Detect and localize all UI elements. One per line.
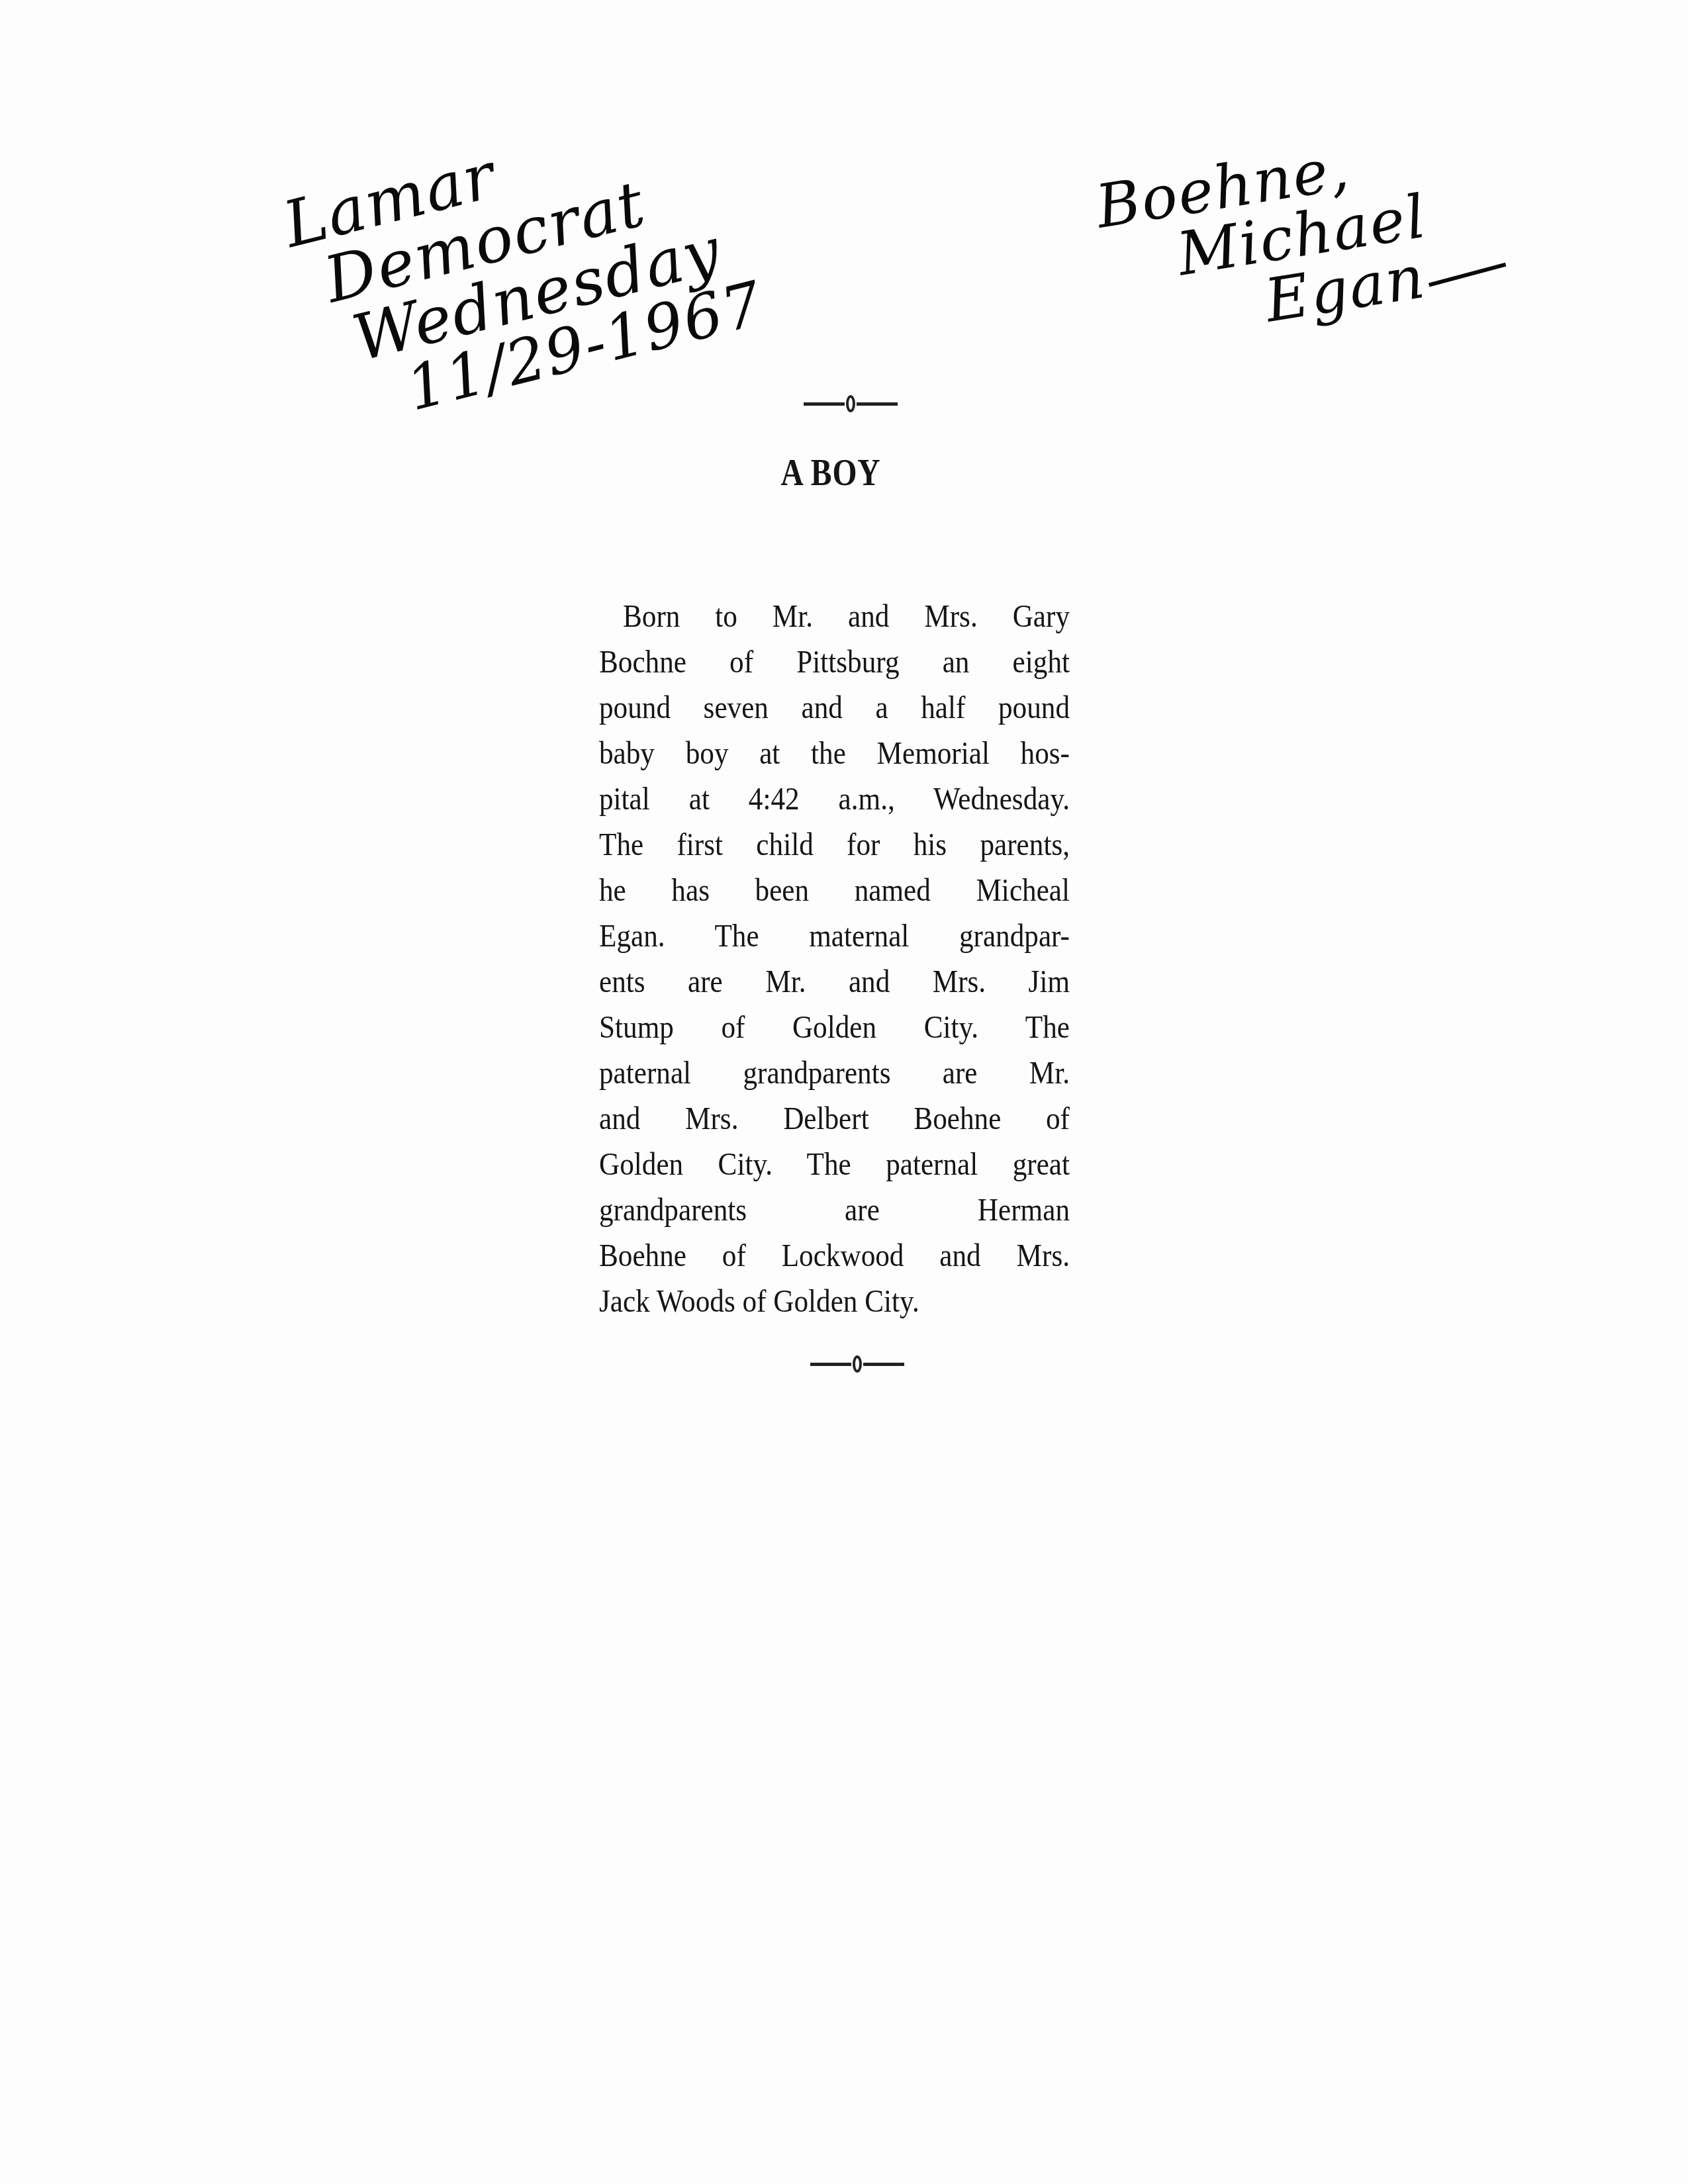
body-line: Golden City. The paternal great: [599, 1142, 1070, 1187]
body-line: Stump of Golden City. The: [599, 1005, 1070, 1050]
clipping-headline: A BOY: [695, 450, 966, 494]
ornamental-rule-icon: [784, 390, 917, 417]
body-line: baby boy at the Memorial hos-: [599, 731, 1070, 776]
handwritten-name-note: Boehne, Michael Egan: [1092, 120, 1489, 375]
body-line: paternal grandparents are Mr.: [599, 1050, 1070, 1096]
body-line: The first child for his parents,: [599, 822, 1070, 868]
body-line: grandparents are Herman: [599, 1187, 1070, 1233]
clipping-body: Born to Mr. and Mrs. Gary Bochne of Pitt…: [599, 594, 1076, 1324]
ornamental-rule-icon: [791, 1351, 923, 1377]
pen-stroke-underline: [1429, 262, 1506, 287]
body-line: Born to Mr. and Mrs. Gary: [599, 594, 1070, 639]
body-line: pound seven and a half pound: [599, 685, 1070, 731]
body-line: Bochne of Pittsburg an eight: [599, 639, 1070, 685]
body-line: pital at 4:42 a.m., Wednesday.: [599, 776, 1070, 822]
body-line: ents are Mr. and Mrs. Jim: [599, 959, 1070, 1005]
body-line: and Mrs. Delbert Boehne of: [599, 1096, 1070, 1142]
body-line: Egan. The maternal grandpar-: [599, 913, 1070, 959]
body-line: Boehne of Lockwood and Mrs.: [599, 1233, 1070, 1279]
newspaper-clipping: A BOY Born to Mr. and Mrs. Gary Bochne o…: [599, 390, 1089, 1377]
body-line: Jack Woods of Golden City.: [599, 1279, 1070, 1324]
body-line: he has been named Micheal: [599, 868, 1070, 913]
